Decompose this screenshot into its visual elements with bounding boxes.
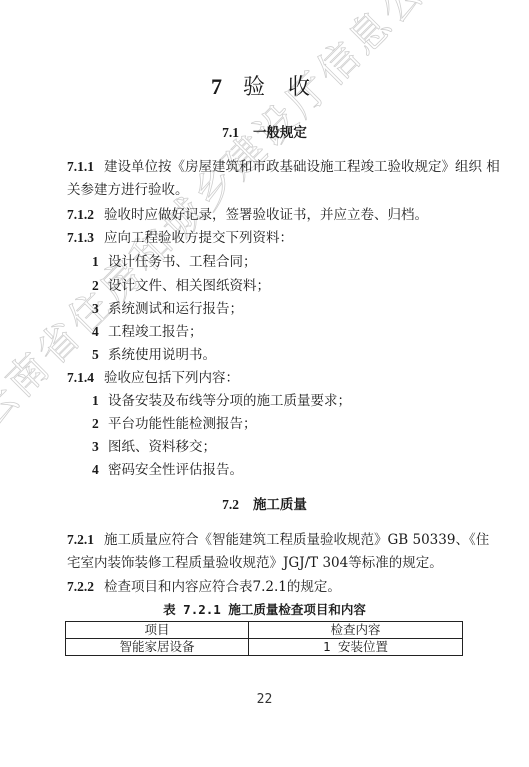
table-header-cell: 检查内容 xyxy=(249,622,463,639)
item-number: 5 xyxy=(92,345,108,365)
clause-number: 7.1.4 xyxy=(67,370,94,385)
list-item: 4工程竣工报告； xyxy=(92,322,203,342)
item-number: 1 xyxy=(92,391,108,411)
section-number: 7.2 xyxy=(222,497,239,512)
clause-number: 7.2.2 xyxy=(67,579,94,594)
clause-text: 验收应包括下列内容： xyxy=(104,370,239,386)
page-number: 22 xyxy=(0,692,529,707)
table-cell: 1 安装位置 xyxy=(249,639,463,656)
clause-text: 关参建方进行验收。 xyxy=(67,182,189,198)
section-name: 施工质量 xyxy=(253,497,307,513)
table-header-cell: 项目 xyxy=(66,622,249,639)
clause-7-2-2: 7.2.2检查项目和内容应符合表7.2.1的规定。 xyxy=(67,577,341,597)
clause-7-1-1-line-1: 7.1.1建设单位按《房屋建筑和市政基础设施工程竣工验收规定》组织 相 xyxy=(67,157,500,177)
item-number: 3 xyxy=(92,437,108,457)
clause-number: 7.1.2 xyxy=(67,207,94,222)
clause-text: 施工质量应符合《智能建筑工程质量验收规范》GB 50339、《住 xyxy=(104,532,489,548)
item-number: 3 xyxy=(92,299,108,319)
list-item: 4密码安全性评估报告。 xyxy=(92,460,243,480)
item-text: 图纸、资料移交； xyxy=(108,439,216,455)
item-text: 系统使用说明书。 xyxy=(108,347,216,363)
section-name: 一般规定 xyxy=(253,125,307,141)
list-item: 2设计文件、相关图纸资料； xyxy=(92,276,270,296)
clause-text: 检查项目和内容应符合表7.2.1的规定。 xyxy=(104,579,341,595)
clause-text: 应向工程验收方提交下列资料： xyxy=(104,230,293,246)
list-item: 3系统测试和运行报告； xyxy=(92,299,243,319)
chapter-title: 7验 收 xyxy=(0,70,529,101)
item-text: 设备安装及布线等分项的施工质量要求； xyxy=(108,393,351,409)
item-text: 平台功能性能检测报告； xyxy=(108,416,257,432)
table-caption: 表 7.2.1 施工质量检查项目和内容 xyxy=(0,600,529,618)
inspection-table: 项目 检查内容 智能家居设备 1 安装位置 xyxy=(65,621,463,656)
clause-7-2-1-line-2: 宅室内装饰装修工程质量验收规范》JGJ/T 304等标准的规定。 xyxy=(67,553,443,573)
item-text: 工程竣工报告； xyxy=(108,324,203,340)
clause-7-2-1-line-1: 7.2.1施工质量应符合《智能建筑工程质量验收规范》GB 50339、《住 xyxy=(67,530,489,550)
clause-7-1-1-line-2: 关参建方进行验收。 xyxy=(67,180,189,200)
list-item: 1设备安装及布线等分项的施工质量要求； xyxy=(92,391,351,411)
table-row: 智能家居设备 1 安装位置 xyxy=(66,639,463,656)
clause-text: 建设单位按《房屋建筑和市政基础设施工程竣工验收规定》组织 相 xyxy=(104,159,500,175)
section-title-7-2: 7.2施工质量 xyxy=(0,493,529,513)
list-item: 3图纸、资料移交； xyxy=(92,437,216,457)
clause-7-1-4: 7.1.4验收应包括下列内容： xyxy=(67,368,239,388)
item-number: 1 xyxy=(92,252,108,272)
clause-number: 7.1.3 xyxy=(67,230,94,245)
clause-7-1-3: 7.1.3应向工程验收方提交下列资料： xyxy=(67,228,293,248)
clause-number: 7.2.1 xyxy=(67,532,94,547)
clause-text: 宅室内装饰装修工程质量验收规范》JGJ/T 304等标准的规定。 xyxy=(67,555,443,571)
item-text: 设计文件、相关图纸资料； xyxy=(108,278,270,294)
table-cell: 智能家居设备 xyxy=(66,639,249,656)
item-text: 密码安全性评估报告。 xyxy=(108,462,243,478)
table-header-row: 项目 检查内容 xyxy=(66,622,463,639)
item-number: 2 xyxy=(92,414,108,434)
item-number: 4 xyxy=(92,460,108,480)
clause-number: 7.1.1 xyxy=(67,159,94,174)
item-number: 4 xyxy=(92,322,108,342)
section-title-7-1: 7.1一般规定 xyxy=(0,121,529,141)
item-number: 2 xyxy=(92,276,108,296)
item-text: 设计任务书、工程合同； xyxy=(108,254,257,270)
list-item: 2平台功能性能检测报告； xyxy=(92,414,257,434)
document-page: 云南省住房和城乡建设厅信息公开浏览专用 7验 收 7.1一般规定 7.1.1建设… xyxy=(0,0,529,767)
clause-7-1-2: 7.1.2验收时应做好记录，签署验收证书，并应立卷、归档。 xyxy=(67,205,428,225)
section-number: 7.1 xyxy=(222,125,239,140)
list-item: 1设计任务书、工程合同； xyxy=(92,252,257,272)
list-item: 5系统使用说明书。 xyxy=(92,345,216,365)
chapter-name: 验 收 xyxy=(243,75,318,100)
clause-text: 验收时应做好记录，签署验收证书，并应立卷、归档。 xyxy=(104,207,428,223)
chapter-number: 7 xyxy=(211,74,223,99)
item-text: 系统测试和运行报告； xyxy=(108,301,243,317)
